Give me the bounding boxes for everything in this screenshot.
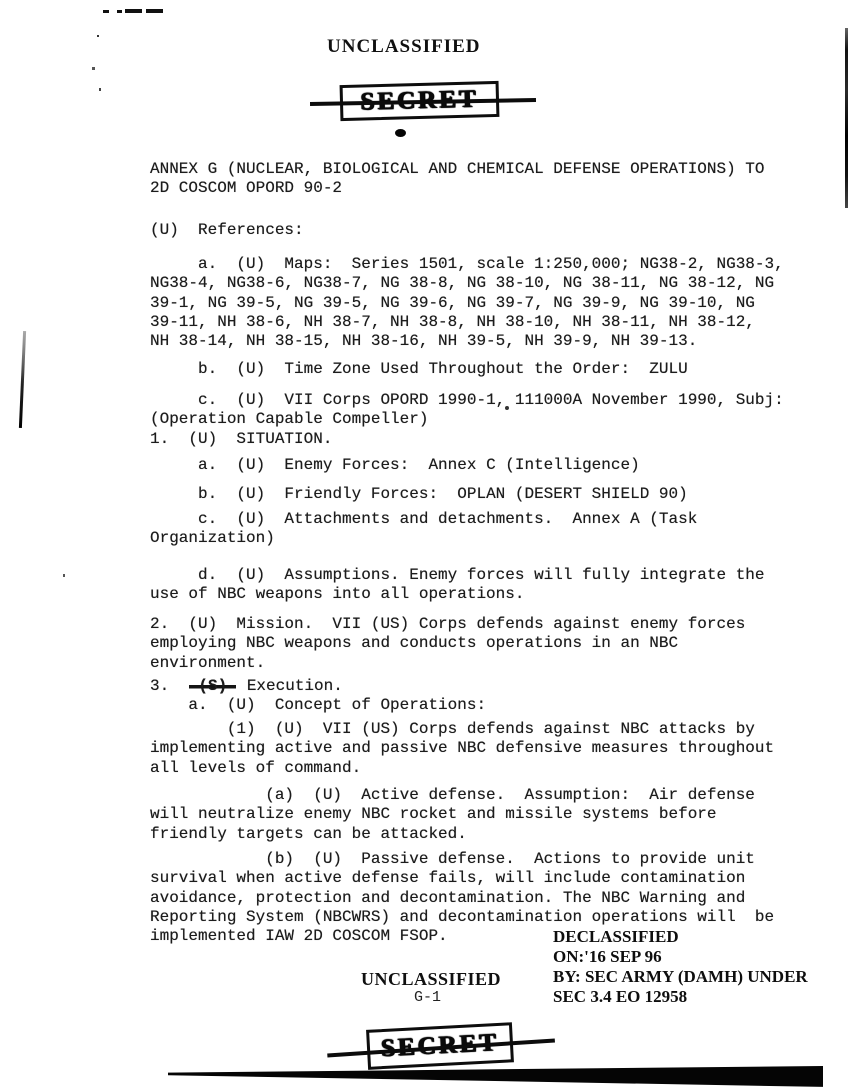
declassified-line: ON:'16 SEP 96 — [553, 947, 808, 967]
redacted-classification-marking: (S) — [189, 677, 236, 695]
scan-dash-mark — [117, 10, 122, 13]
situation-heading: 1. (U) SITUATION. — [150, 430, 845, 449]
scan-black-bar — [168, 1066, 823, 1088]
ink-blob — [395, 129, 406, 137]
situation-assumptions: d. (U) Assumptions. Enemy forces will fu… — [150, 566, 845, 605]
scan-dash-mark — [125, 9, 142, 13]
scanned-document-page: UNCLASSIFIED SECRET ANNEX G (NUCLEAR, BI… — [0, 0, 850, 1090]
scan-dash-mark — [103, 10, 109, 13]
secret-stamp-top: SECRET — [310, 79, 536, 127]
references-heading: (U) References: — [150, 221, 845, 240]
reference-maps: a. (U) Maps: Series 1501, scale 1:250,00… — [150, 255, 845, 351]
execution-concept-1: (1) (U) VII (US) Corps defends against N… — [150, 720, 845, 778]
scan-speck — [97, 35, 99, 37]
declassified-line: DECLASSIFIED — [553, 927, 808, 947]
declassified-stamp-block: DECLASSIFIED ON:'16 SEP 96 BY: SEC ARMY … — [553, 927, 808, 1007]
execution-heading: 3. (S) Execution. a. (U) Concept of Oper… — [150, 677, 845, 716]
execution-number: 3. — [150, 677, 188, 695]
declassified-line: SEC 3.4 EO 12958 — [553, 987, 808, 1007]
secret-stamp-bottom: SECRET — [326, 1014, 556, 1078]
scan-dash-mark — [146, 9, 163, 13]
reference-opord: c. (U) VII Corps OPORD 1990-1, 111000A N… — [150, 391, 845, 430]
page-number: G-1 — [414, 989, 441, 1006]
situation-friendly-forces: b. (U) Friendly Forces: OPLAN (DESERT SH… — [150, 485, 845, 504]
scan-speck — [99, 88, 101, 91]
top-classification-banner: UNCLASSIFIED — [327, 36, 480, 58]
scan-speck — [63, 574, 65, 577]
declassified-line: BY: SEC ARMY (DAMH) UNDER — [553, 967, 808, 987]
bottom-classification-banner: UNCLASSIFIED — [361, 969, 501, 990]
scan-edge-line — [845, 28, 848, 208]
execution-active-defense: (a) (U) Active defense. Assumption: Air … — [150, 786, 845, 844]
situation-enemy-forces: a. (U) Enemy Forces: Annex C (Intelligen… — [150, 456, 845, 475]
reference-timezone: b. (U) Time Zone Used Throughout the Ord… — [150, 360, 845, 379]
mission-paragraph: 2. (U) Mission. VII (US) Corps defends a… — [150, 615, 845, 673]
scan-speck — [92, 67, 95, 70]
annex-title: ANNEX G (NUCLEAR, BIOLOGICAL AND CHEMICA… — [150, 160, 845, 199]
situation-attachments: c. (U) Attachments and detachments. Anne… — [150, 510, 845, 549]
scan-edge-line — [19, 331, 26, 428]
